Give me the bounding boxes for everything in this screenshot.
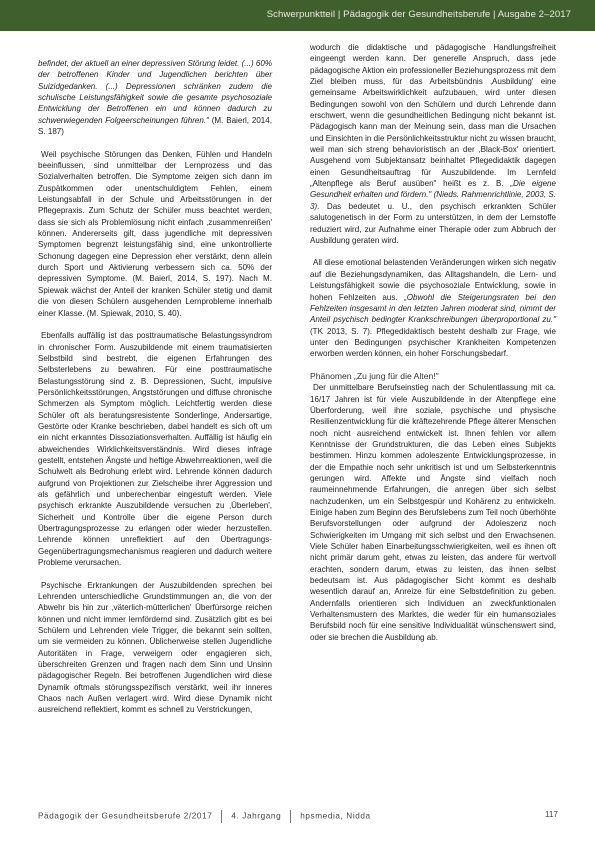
publisher: hpsmedia, Nidda <box>300 812 370 821</box>
paragraph: Psychische Erkrankungen der Auszubildend… <box>38 580 272 716</box>
paragraph: wodurch die didaktische und pädagogische… <box>310 42 556 246</box>
divider <box>221 810 222 823</box>
section-heading: Phänomen „Zu jung für die Alten!" <box>310 371 556 382</box>
paragraph: Weil psychische Störungen das Denken, Fü… <box>38 149 272 319</box>
paragraph: Der unmittelbare Berufseinstieg nach der… <box>310 382 556 643</box>
page-number: 117 <box>545 810 558 819</box>
paragraph-text: (TK 2013, S. 7). Pflegedidaktisch besteh… <box>310 327 556 359</box>
paragraph: All diese emotional belastenden Veränder… <box>310 257 556 359</box>
paragraph-text: wodurch die didaktische und pädagogische… <box>310 43 556 188</box>
header-bar: Schwerpunktteil | Pädagogik der Gesundhe… <box>0 0 595 31</box>
volume: 4. Jahrgang <box>231 812 281 821</box>
journal-name: Pädagogik der Gesundheitsberufe 2/2017 <box>38 812 212 821</box>
paragraph-text: . Das bedeutet u. U., den psychisch erkr… <box>310 202 556 245</box>
left-column: befindet, der aktuell an einer depressiv… <box>38 58 272 716</box>
right-column: wodurch die didaktische und pädagogische… <box>310 42 556 643</box>
divider <box>290 810 291 823</box>
running-header: Schwerpunktteil | Pädagogik der Gesundhe… <box>267 9 571 20</box>
paragraph: Ebenfalls auffällig ist das posttraumati… <box>38 330 272 568</box>
quote-block: befindet, der aktuell an einer depressiv… <box>38 58 272 137</box>
page-footer: Pädagogik der Gesundheitsberufe 2/20174.… <box>38 810 558 823</box>
